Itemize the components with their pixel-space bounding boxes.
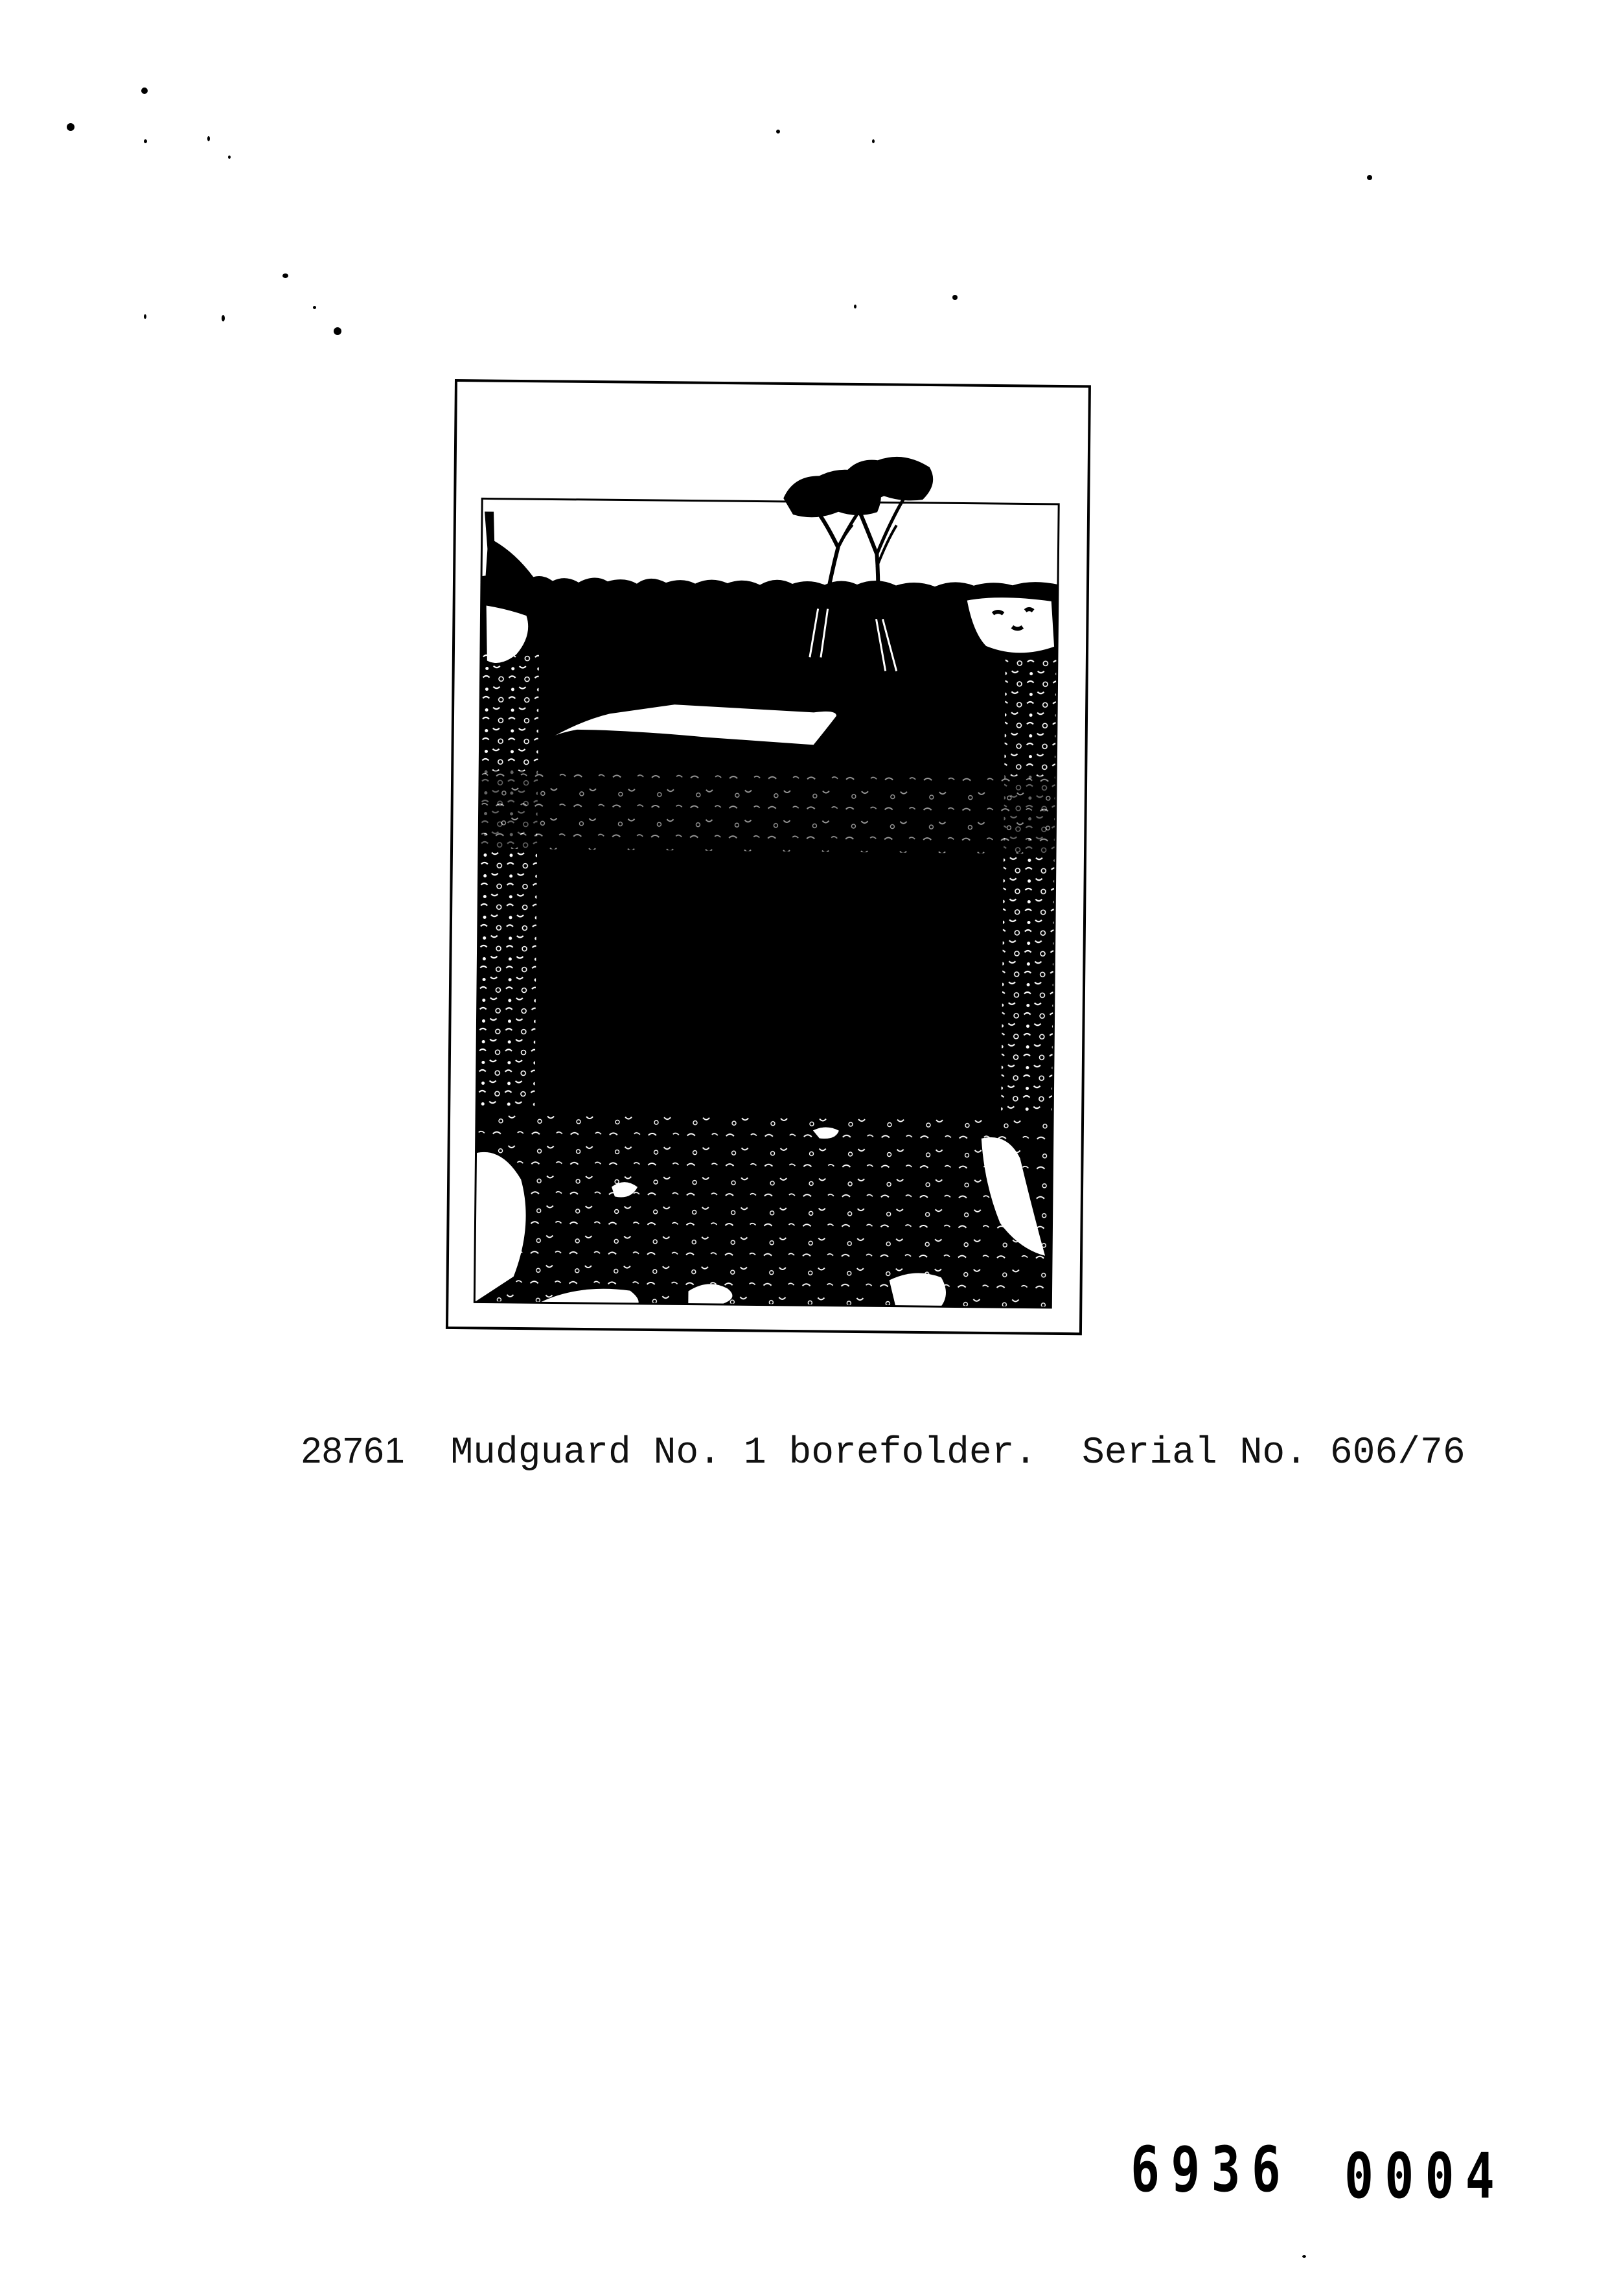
speck	[776, 130, 780, 133]
serial-value: 606/76	[1330, 1432, 1465, 1474]
photo-frame	[446, 379, 1091, 1335]
document-page: 28761 Mudguard No. 1 borefolder. Serial …	[0, 0, 1597, 2296]
speck	[313, 306, 316, 309]
speck	[144, 314, 146, 319]
photo-caption: 28761 Mudguard No. 1 borefolder. Serial …	[301, 1429, 1465, 1474]
photograph	[448, 382, 1088, 1332]
speck	[872, 139, 875, 143]
stamp-number-left: 6936	[1131, 2139, 1292, 2201]
speck	[141, 87, 148, 94]
speck	[1302, 2255, 1306, 2258]
reference-number: 28761	[301, 1430, 406, 1470]
speck	[1367, 175, 1372, 180]
serial-label: Serial No.	[1082, 1432, 1307, 1474]
speck	[67, 123, 75, 131]
speck	[207, 136, 210, 141]
speck	[228, 156, 231, 159]
speck	[282, 273, 288, 278]
caption-text: Mudguard No. 1 borefolder.	[450, 1432, 1037, 1474]
stamp-number-right: 0004	[1344, 2145, 1506, 2207]
speck	[952, 295, 958, 300]
speck	[222, 315, 225, 321]
ground	[474, 596, 1057, 1307]
speck	[854, 305, 856, 308]
speck	[144, 139, 147, 143]
speck	[334, 327, 341, 335]
